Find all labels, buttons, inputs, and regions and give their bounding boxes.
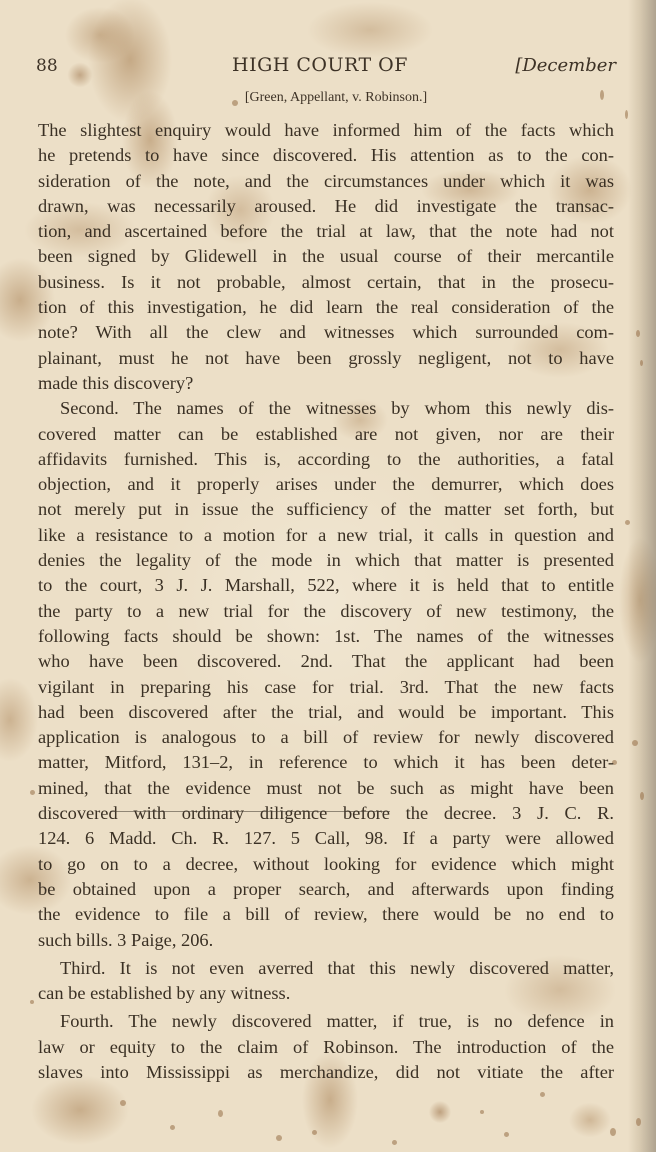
- stain-speck: [625, 520, 630, 525]
- text-line: tion, and ascertained before the trial a…: [38, 219, 614, 244]
- stain-speck: [640, 792, 644, 800]
- case-caption: [Green, Appellant, v. Robinson.]: [0, 90, 656, 106]
- paragraph-third: Third. It is not even averred that this …: [38, 956, 614, 1007]
- stain-speck: [312, 1130, 317, 1135]
- stain-speck: [392, 1140, 397, 1145]
- text-line: mined, that the evidence must not be suc…: [38, 776, 614, 801]
- text-line: be obtained upon a proper search, and af…: [38, 877, 614, 902]
- text-line: sideration of the note, and the circumst…: [38, 169, 614, 194]
- stain-speck: [632, 740, 638, 746]
- text-line: denies the legality of the mode in which…: [38, 548, 614, 573]
- page-number: 88: [36, 56, 58, 76]
- running-head: 88 HIGH COURT OF [December: [36, 54, 616, 80]
- text-line: The slightest enquiry would have informe…: [38, 118, 614, 143]
- text-line: law or equity to the claim of Robinson. …: [38, 1035, 614, 1060]
- stain-speck: [30, 790, 35, 795]
- text-line: tion of this investigation, he did learn…: [38, 295, 614, 320]
- running-head-month: [December: [515, 55, 616, 76]
- text-line: who have been discovered. 2nd. That the …: [38, 649, 614, 674]
- stain-speck: [610, 1128, 616, 1136]
- body-text: The slightest enquiry would have informe…: [38, 118, 614, 1085]
- text-line: like a resistance to a motion for a new …: [38, 523, 614, 548]
- text-line: objection, and it properly arises under …: [38, 472, 614, 497]
- text-line: drawn, was necessarily aroused. He did i…: [38, 194, 614, 219]
- text-line: the party to a new trial for the discove…: [38, 599, 614, 624]
- text-line: plainant, must he not have been grossly …: [38, 346, 614, 371]
- stain-speck: [636, 1118, 641, 1126]
- running-head-title: HIGH COURT OF: [232, 54, 408, 76]
- text-line: 124. 6 Madd. Ch. R. 127. 5 Call, 98. If …: [38, 826, 614, 851]
- text-line: not merely put in issue the sufficiency …: [38, 497, 614, 522]
- text-line: had been discovered after the trial, and…: [38, 700, 614, 725]
- text-line: to go on to a decree, without looking fo…: [38, 852, 614, 877]
- text-line: been signed by Glidewell in the usual co…: [38, 244, 614, 269]
- stain-speck: [120, 1100, 126, 1106]
- stain-speck: [504, 1132, 509, 1137]
- text-line: Third. It is not even averred that this …: [38, 956, 614, 981]
- stain-speck: [540, 1092, 545, 1097]
- text-line: note? With all the clew and witnesses wh…: [38, 320, 614, 345]
- text-line: made this discovery?: [38, 371, 614, 396]
- text-line: application is analogous to a bill of re…: [38, 725, 614, 750]
- text-line: to the court, 3 J. J. Marshall, 522, whe…: [38, 573, 614, 598]
- stain-speck: [640, 360, 643, 366]
- text-line: the evidence to file a bill of review, t…: [38, 902, 614, 927]
- stain-speck: [636, 330, 640, 337]
- paragraph-fourth: Fourth. The newly discovered matter, if …: [38, 1009, 614, 1085]
- scanned-book-page: 88 HIGH COURT OF [December [Green, Appel…: [0, 0, 656, 1152]
- text-line: can be established by any witness.: [38, 981, 614, 1006]
- text-line: he pretends to have since discovered. Hi…: [38, 143, 614, 168]
- text-line: Second. The names of the witnesses by wh…: [38, 396, 614, 421]
- text-line: business. Is it not probable, almost cer…: [38, 270, 614, 295]
- stain-speck: [276, 1135, 282, 1141]
- stain-speck: [625, 110, 628, 119]
- text-line: vigilant in preparing his case for trial…: [38, 675, 614, 700]
- text-line: following facts should be shown: 1st. Th…: [38, 624, 614, 649]
- paragraph-first-enquiry: The slightest enquiry would have informe…: [38, 118, 614, 396]
- text-line: slaves into Mississippi as merchandize, …: [38, 1060, 614, 1085]
- stain-speck: [30, 1000, 34, 1004]
- text-line: covered matter can be established are no…: [38, 422, 614, 447]
- text-line-annotated: matter, Mitford, 131–2, in reference to …: [38, 750, 614, 775]
- paragraph-second: Second. The names of the witnesses by wh…: [38, 396, 614, 953]
- stain-speck: [170, 1125, 175, 1130]
- stain-speck: [480, 1110, 484, 1114]
- pencil-underline-mark: [110, 811, 390, 812]
- stain-speck: [218, 1110, 223, 1117]
- text-line: discovered with ordinary diligence befor…: [38, 801, 614, 826]
- text-line: Fourth. The newly discovered matter, if …: [38, 1009, 614, 1034]
- text-line: such bills. 3 Paige, 206.: [38, 928, 614, 953]
- text-line: affidavits furnished. This is, according…: [38, 447, 614, 472]
